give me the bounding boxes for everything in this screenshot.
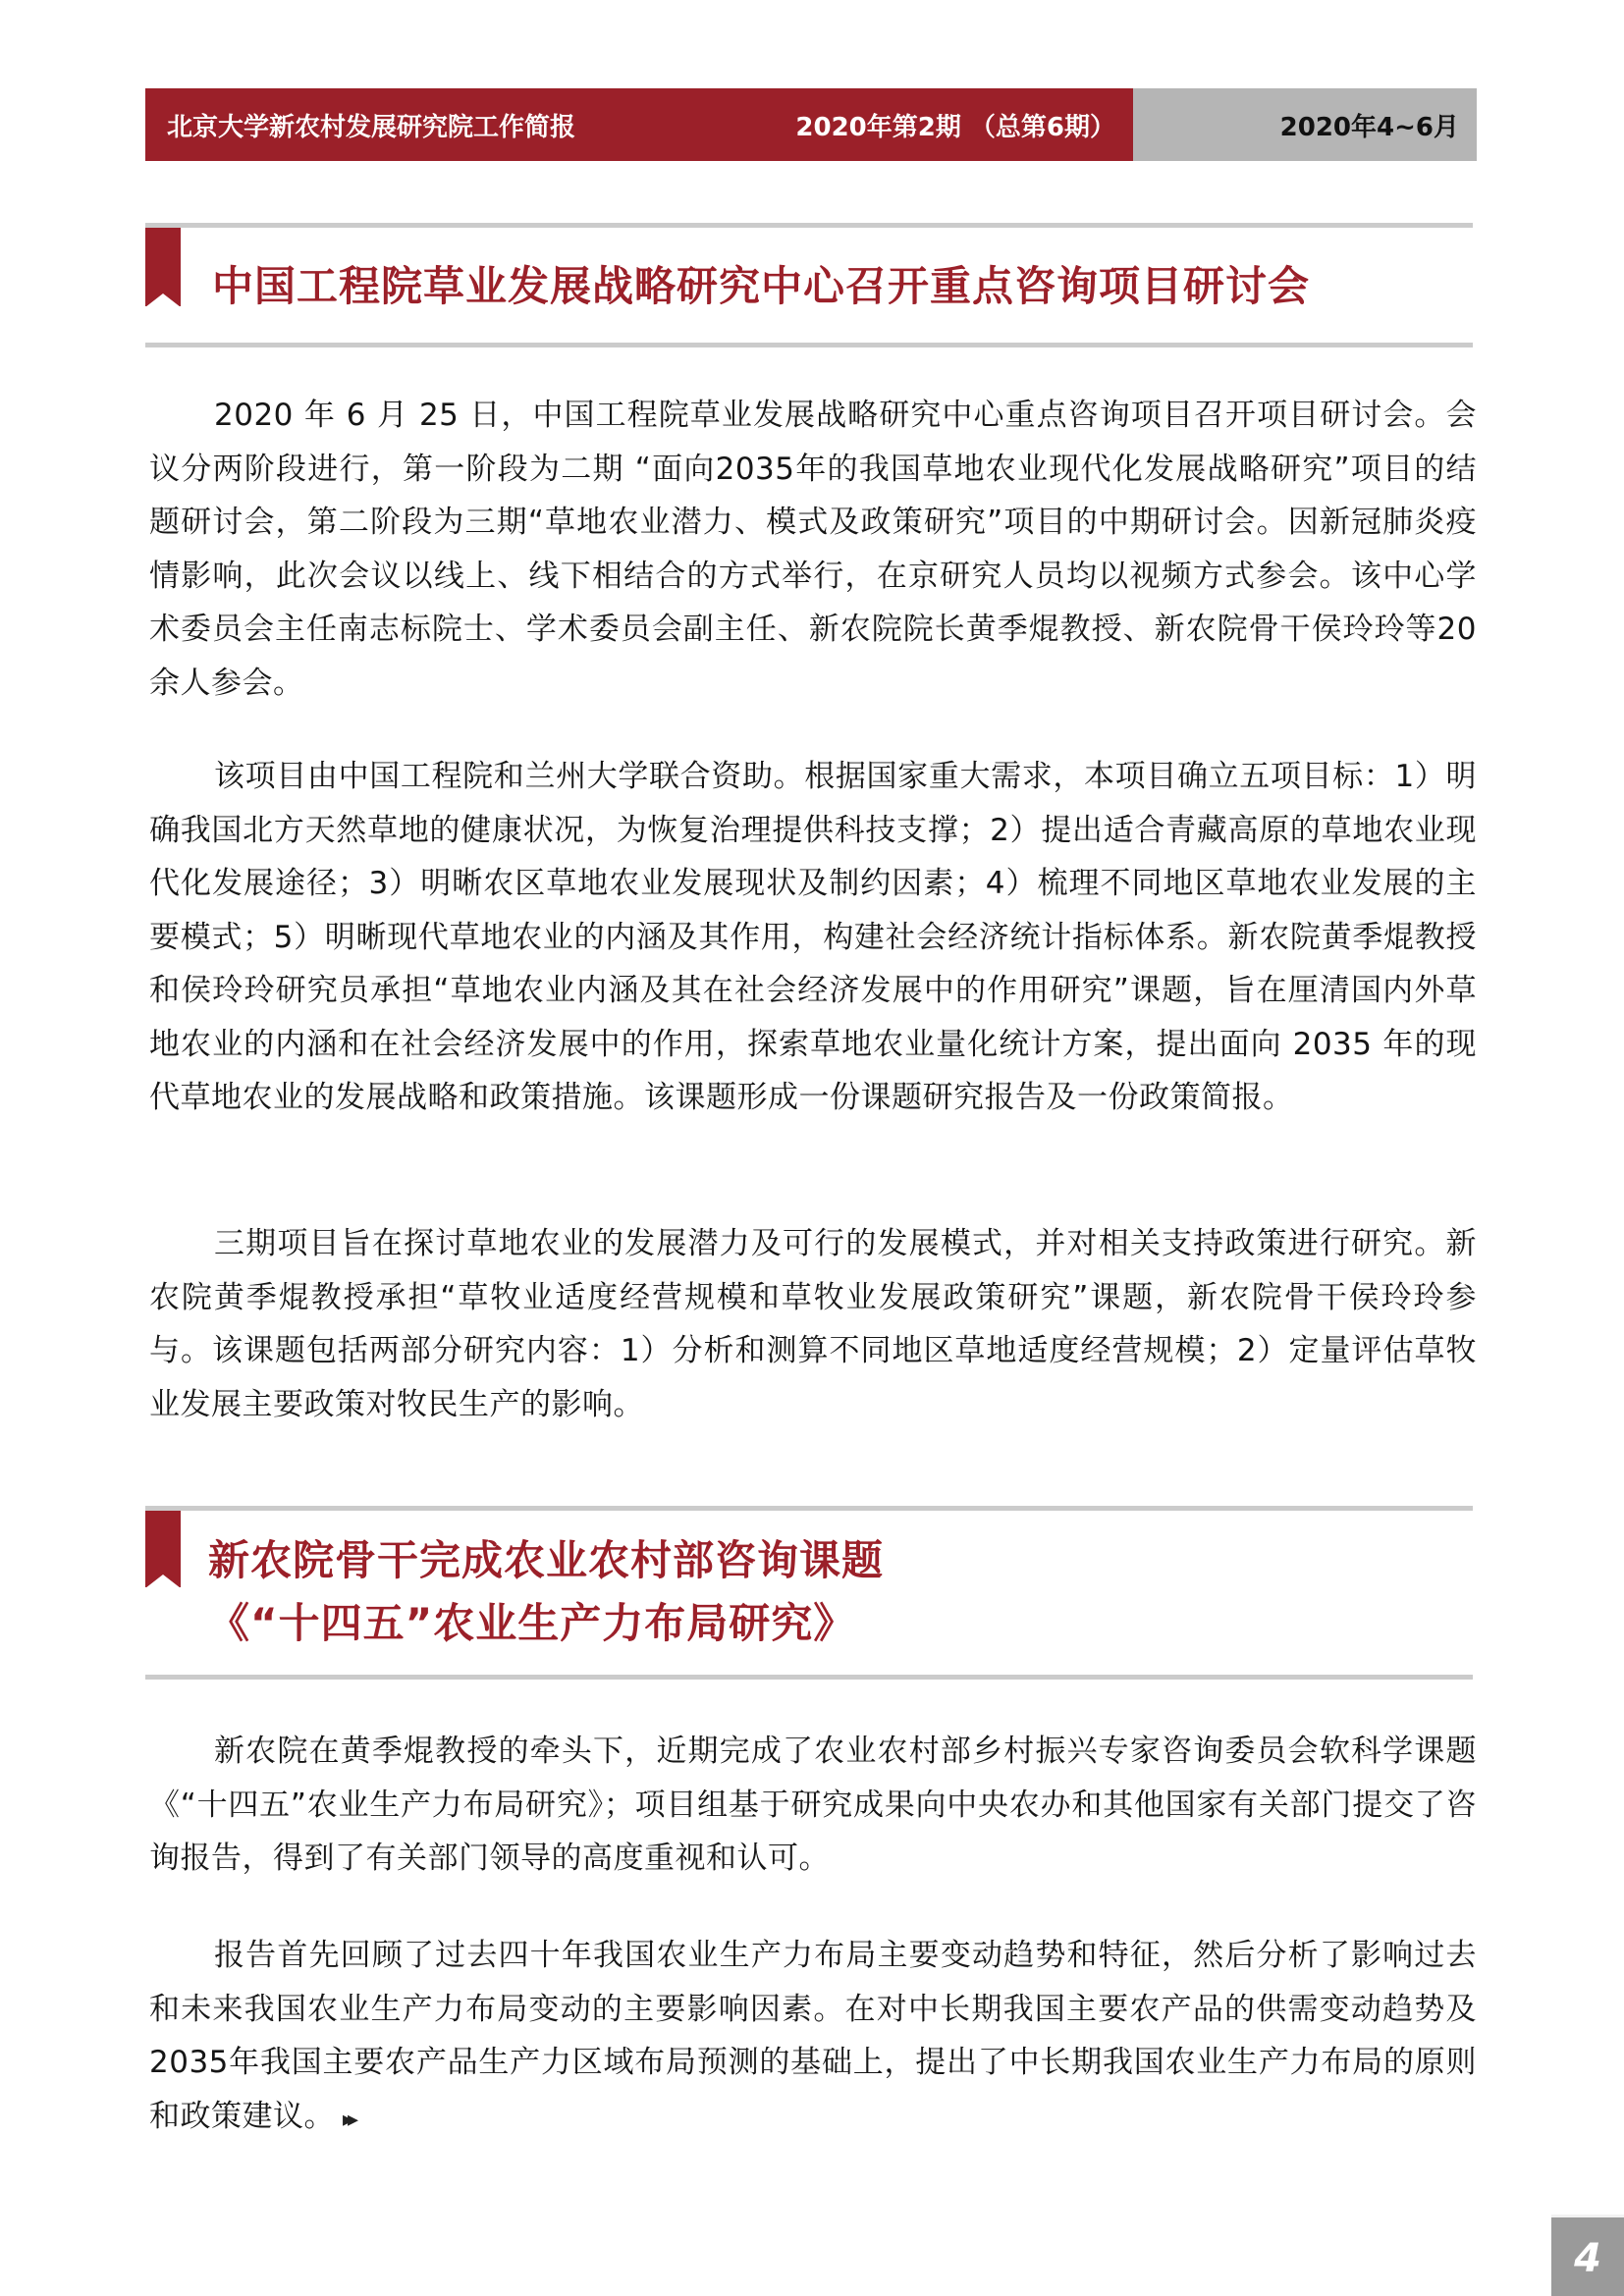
section-2-paragraph-2: 报告首先回顾了过去四十年我国农业生产力布局主要变动趋势和特征，然后分析了影响过去… — [149, 1929, 1477, 2147]
heading-top-rule — [145, 223, 1473, 228]
page-header: 北京大学新农村发展研究院工作简报 2020年第2期 （总第6期） 2020年4~… — [145, 88, 1477, 161]
section-1-title-line: 中国工程院草业发展战略研究中心召开重点咨询项目研讨会 — [212, 262, 1310, 310]
header-grey-band: 2020年4~6月 — [1133, 88, 1477, 161]
section-1-paragraph-3: 三期项目旨在探讨草地农业的发展潜力及可行的发展模式，并对相关支持政策进行研究。新… — [149, 1217, 1477, 1431]
page-number: 4 — [1551, 2215, 1624, 2296]
section-2-title-line-2: 《“十四五”农业生产力布局研究》 — [208, 1592, 884, 1655]
section-1-paragraph-1: 2020 年 6 月 25 日，中国工程院草业发展战略研究中心重点咨询项目召开项… — [149, 389, 1477, 710]
section-1-title: 中国工程院草业发展战略研究中心召开重点咨询项目研讨会 — [212, 255, 1310, 318]
heading-bottom-rule — [145, 343, 1473, 347]
period-label: 2020年4~6月 — [1280, 107, 1459, 143]
heading-top-rule — [145, 1506, 1473, 1511]
continue-arrow-icon: ▸▸ — [343, 2108, 352, 2132]
bookmark-ribbon-icon — [145, 1511, 181, 1587]
section-2-title: 新农院骨干完成农业农村部咨询课题 《“十四五”农业生产力布局研究》 — [208, 1529, 884, 1655]
section-2-title-line-1: 新农院骨干完成农业农村部咨询课题 — [208, 1529, 884, 1592]
header-red-band: 北京大学新农村发展研究院工作简报 2020年第2期 （总第6期） — [145, 88, 1133, 161]
bookmark-ribbon-icon — [145, 228, 181, 306]
section-2-heading: 新农院骨干完成农业农村部咨询课题 《“十四五”农业生产力布局研究》 — [145, 1506, 1473, 1682]
section-1-paragraph-2: 该项目由中国工程院和兰州大学联合资助。根据国家重大需求，本项目确立五项目标：1）… — [149, 750, 1477, 1125]
heading-bottom-rule — [145, 1675, 1473, 1680]
section-2-paragraph-2-text: 报告首先回顾了过去四十年我国农业生产力布局主要变动趋势和特征，然后分析了影响过去… — [149, 1938, 1477, 2134]
publication-title: 北京大学新农村发展研究院工作简报 — [167, 107, 575, 143]
issue-label: 2020年第2期 （总第6期） — [795, 107, 1115, 143]
section-2-paragraph-1: 新农院在黄季焜教授的牵头下，近期完成了农业农村部乡村振兴专家咨询委员会软科学课题… — [149, 1725, 1477, 1886]
section-1-heading: 中国工程院草业发展战略研究中心召开重点咨询项目研讨会 — [145, 223, 1473, 350]
